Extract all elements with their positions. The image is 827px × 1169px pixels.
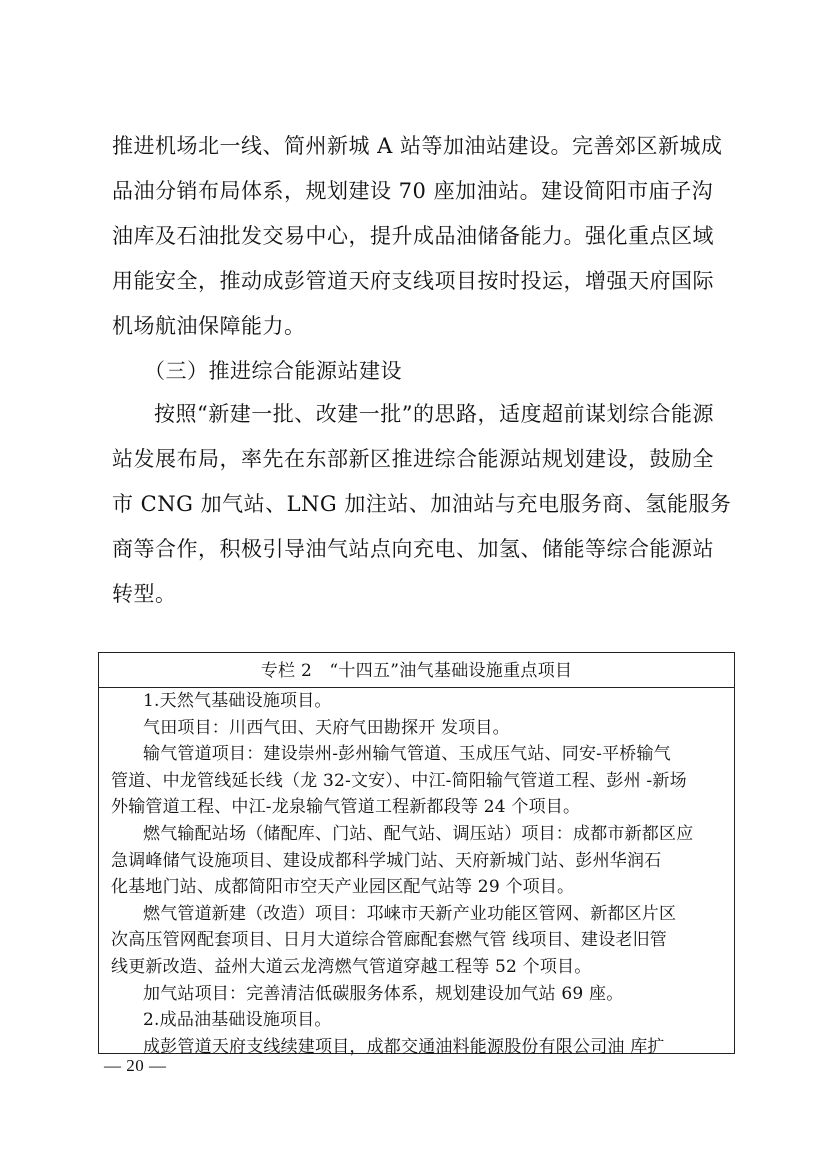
text-line: 用能安全，推动成彭管道天府支线项目按时投运，增强天府国际 (112, 259, 724, 304)
box-line: 气田项目：川西气田、天府气田勘探开 发项目。 (111, 715, 726, 742)
section-heading: （三）推进综合能源站建设 (112, 349, 724, 394)
box-line: 燃气管道新建（改造）项目：邛崃市天新产业功能区管网、新都区片区 (111, 901, 726, 928)
box-line: 2.成品油基础设施项目。 (111, 1007, 726, 1034)
box-line: 成彭管道天府支线续建项目，成都交通油料能源股份有限公司油 库扩 (111, 1034, 726, 1061)
heading-text: （三）推进综合能源站建设 (112, 349, 724, 394)
body-paragraph-1: 推进机场北一线、简州新城 A 站等加油站建设。完善郊区新城成 品油分销布局体系，… (112, 124, 724, 349)
text-line: 市 CNG 加气站、LNG 加注站、加油站与充电服务商、氢能服务 (112, 482, 724, 527)
box-line: 线更新改造、益州大道云龙湾燃气管道穿越工程等 52 个项目。 (111, 954, 726, 981)
box-line: 急调峰储气设施项目、建设成都科学城门站、天府新城门站、彭州华润石 (111, 848, 726, 875)
text-line: 商等合作，积极引导油气站点向充电、加氢、储能等综合能源站 (112, 527, 724, 572)
box-line: 1.天然气基础设施项目。 (111, 688, 726, 715)
text-line: 推进机场北一线、简州新城 A 站等加油站建设。完善郊区新城成 (112, 124, 724, 169)
text-line: 按照“新建一批、改建一批”的思路，适度超前谋划综合能源 (112, 392, 724, 437)
box-line: 加气站项目：完善清洁低碳服务体系，规划建设加气站 69 座。 (111, 981, 726, 1008)
box-line: 燃气输配站场（储配库、门站、配气站、调压站）项目：成都市新都区应 (111, 821, 726, 848)
text-line: 转型。 (112, 572, 724, 617)
text-line: 品油分销布局体系，规划建设 70 座加油站。建设简阳市庙子沟 (112, 169, 724, 214)
text-line: 机场航油保障能力。 (112, 304, 724, 349)
box-line: 输气管道项目：建设崇州-彭州输气管道、玉成压气站、同安-平桥输气 (111, 741, 726, 768)
text-line: 油库及石油批发交易中心，提升成品油储备能力。强化重点区域 (112, 214, 724, 259)
column-box: 专栏 2 “十四五”油气基础设施重点项目 1.天然气基础设施项目。气田项目：川西… (98, 652, 735, 1054)
body-paragraph-2: 按照“新建一批、改建一批”的思路，适度超前谋划综合能源 站发展布局，率先在东部新… (112, 392, 724, 617)
page-number: — 20 — (104, 1056, 167, 1076)
box-line: 化基地门站、成都简阳市空天产业园区配气站等 29 个项目。 (111, 874, 726, 901)
box-title: 专栏 2 “十四五”油气基础设施重点项目 (99, 653, 734, 688)
box-body: 1.天然气基础设施项目。气田项目：川西气田、天府气田勘探开 发项目。输气管道项目… (99, 688, 734, 1060)
box-line: 管道、中龙管线延长线（龙 32-文安）、中江-简阳输气管道工程、彭州 -新场 (111, 768, 726, 795)
box-line: 次高压管网配套项目、日月大道综合管廊配套燃气管 线项目、建设老旧管 (111, 927, 726, 954)
text-line: 站发展布局，率先在东部新区推进综合能源站规划建设，鼓励全 (112, 437, 724, 482)
box-line: 外输管道工程、中江-龙泉输气管道工程新都段等 24 个项目。 (111, 794, 726, 821)
